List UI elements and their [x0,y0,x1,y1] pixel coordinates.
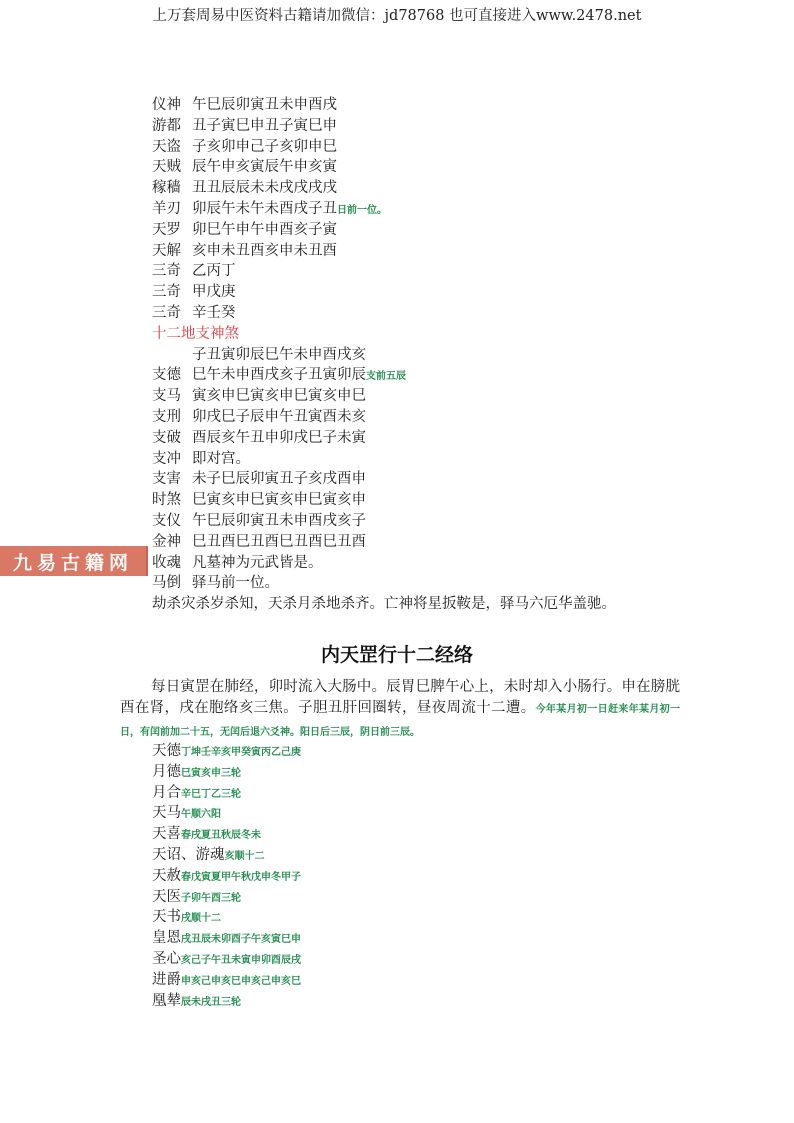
table1: 仪神午巳辰卯寅丑未申酉戌 游都丑子寅巳申丑子寅巳申 天盗子亥卯申己子亥卯申巳 天… [152,95,672,324]
table-row: 时煞巳寅亥申巳寅亥申巳寅亥申 [152,490,672,511]
row-note: 亥顺十二 [225,851,265,862]
row-label: 支马 [152,386,192,407]
row-note: 午顺六阳 [181,809,221,820]
row-value: 寅亥申巳寅亥申巳寅亥申巳 [192,388,366,404]
row-label: 金神 [152,532,192,553]
row-label: 支刑 [152,407,192,428]
table-row: 三奇辛壬癸 [152,303,672,324]
table-row: 天诏、游魂亥顺十二 [152,845,301,866]
row-value: 巳寅亥申巳寅亥申巳寅亥申 [192,492,366,508]
table-row: 天罗卯巳午申午申酉亥子寅 [152,220,672,241]
row-label: 游都 [152,116,192,137]
table-row: 天喜春戌夏丑秋辰冬未 [152,824,301,845]
table-row: 天赦春戊寅夏甲午秋戊申冬甲子 [152,866,301,887]
table-row: 仪神午巳辰卯寅丑未申酉戌 [152,95,672,116]
row-note: 春戌夏丑秋辰冬未 [181,830,261,841]
row-note: 戌顺十二 [181,913,221,924]
table-row: 支破酉辰亥午丑申卯戌巳子未寅 [152,428,672,449]
row-value: 子亥卯申己子亥卯申巳 [192,139,337,155]
row-label: 仪神 [152,95,192,116]
row-value: 亥申未丑酉亥申未丑酉 [192,243,337,259]
row-value: 卯巳午申午申酉亥子寅 [192,222,337,238]
row-label: 天诏、游魂 [152,845,225,866]
row-label: 支德 [152,365,192,386]
table-row: 天德丁坤壬辛亥甲癸寅丙乙己庚 [152,741,301,762]
shensha-content: 仪神午巳辰卯寅丑未申酉戌 游都丑子寅巳申丑子寅巳申 天盗子亥卯申己子亥卯申巳 天… [152,95,672,615]
row-value: 卯戌巳子辰申午丑寅酉未亥 [192,409,366,425]
table-row: 金神巳丑酉巳丑酉巳丑酉巳丑酉 [152,532,672,553]
header-banner: 上万套周易中医资料古籍请加微信：jd78768 也可直接进入www.2478.n… [0,4,794,25]
section-heading: 十二地支神煞 [152,324,672,345]
branch-header-row: 子丑寅卯辰巳午未申酉戌亥 [152,345,672,366]
row-label: 收魂 [152,553,192,574]
table-row: 进爵申亥己申亥巳申亥己申亥巳 [152,970,301,991]
table-row: 天解亥申未丑酉亥申未丑酉 [152,241,672,262]
row-value: 巳午未申酉戌亥子丑寅卯辰 [192,367,366,383]
row-note: 申亥己申亥巳申亥己申亥巳 [181,976,301,987]
row-value: 丑子寅巳申丑子寅巳申 [192,118,337,134]
table-row: 天医子卯午酉三轮 [152,887,301,908]
row-label: 羊刃 [152,199,192,220]
table3: 天德丁坤壬辛亥甲癸寅丙乙己庚 月德巳寅亥申三轮 月合辛巳丁乙三轮 天马午顺六阳 … [152,741,301,1011]
table-row: 支德巳午未申酉戌亥子丑寅卯辰支前五辰 [152,365,672,386]
table-row: 三奇乙丙丁 [152,261,672,282]
row-note: 丁坤壬辛亥甲癸寅丙乙己庚 [181,747,301,758]
row-label: 支害 [152,469,192,490]
row-note: 亥己子午丑未寅申卯酉辰戌 [181,955,301,966]
row-label: 天赦 [152,866,181,887]
row-label: 天盗 [152,137,192,158]
table-row: 支马寅亥申巳寅亥申巳寅亥申巳 [152,386,672,407]
row-label: 支破 [152,428,192,449]
table-row: 羊刃卯辰午未午未酉戌子丑日前一位。 [152,199,672,220]
row-value: 驿马前一位。 [192,575,279,591]
table-row: 马倒驿马前一位。 [152,573,672,594]
row-label: 稼穑 [152,178,192,199]
row-label: 天马 [152,803,181,824]
table-row: 天马午顺六阳 [152,803,301,824]
row-label: 进爵 [152,970,181,991]
row-value: 辰午申亥寅辰午申亥寅 [192,159,337,175]
row-label: 时煞 [152,490,192,511]
row-value: 酉辰亥午丑申卯戌巳子未寅 [192,430,366,446]
row-label: 支冲 [152,449,192,470]
row-value: 午巳辰卯寅丑未申酉戌 [192,97,337,113]
table-row: 支刑卯戌巳子辰申午丑寅酉未亥 [152,407,672,428]
row-value: 乙丙丁 [192,263,236,279]
row-label: 天喜 [152,824,181,845]
row-note: 支前五辰 [366,371,406,382]
table-row: 支害未子巳辰卯寅丑子亥戌酉申 [152,469,672,490]
row-value: 凡墓神为元武皆是。 [192,555,323,571]
row-label: 圣心 [152,949,181,970]
row-label: 三奇 [152,261,192,282]
row-label: 皇恩 [152,928,181,949]
table-row: 支冲即对宫。 [152,449,672,470]
row-note: 春戊寅夏甲午秋戊申冬甲子 [181,872,301,883]
row-note: 日前一位。 [337,205,387,216]
row-label: 天医 [152,887,181,908]
row-value: 卯辰午未午未酉戌子丑 [192,201,337,217]
row-label: 三奇 [152,303,192,324]
watermark-logo: 九易古籍网 [0,546,148,576]
row-value: 未子巳辰卯寅丑子亥戌酉申 [192,471,366,487]
row-note: 戌丑辰未卯酉子午亥寅巳申 [181,934,301,945]
row-label: 天罗 [152,220,192,241]
row-label: 月德 [152,762,181,783]
row-label: 天解 [152,241,192,262]
section-title: 内天罡行十二经络 [0,640,794,667]
row-label: 马倒 [152,573,192,594]
row-label: 支仪 [152,511,192,532]
table-row: 支仪午巳辰卯寅丑未申酉戌亥子 [152,511,672,532]
table-row: 稼穑丑丑辰辰未未戌戌戌戌 [152,178,672,199]
row-value: 甲戊庚 [192,284,236,300]
body-paragraph: 每日寅罡在肺经，卯时流入大肠中。辰胃巳脾午心上，未时却入小肠行。申在膀胱酉在肾，… [120,677,680,743]
table-row: 月合辛巳丁乙三轮 [152,783,301,804]
table-row: 游都丑子寅巳申丑子寅巳申 [152,116,672,137]
table-row: 天贼辰午申亥寅辰午申亥寅 [152,157,672,178]
row-label: 凰辇 [152,991,181,1012]
row-label: 天书 [152,907,181,928]
table-row: 圣心亥己子午丑未寅申卯酉辰戌 [152,949,301,970]
row-value: 丑丑辰辰未未戌戌戌戌 [192,180,337,196]
table2: 支德巳午未申酉戌亥子丑寅卯辰支前五辰 支马寅亥申巳寅亥申巳寅亥申巳 支刑卯戌巳子… [152,365,672,594]
table-row: 天书戌顺十二 [152,907,301,928]
table-row: 天盗子亥卯申己子亥卯申巳 [152,137,672,158]
table-row: 月德巳寅亥申三轮 [152,762,301,783]
verse-line: 劫杀灾杀岁杀知，天杀月杀地杀齐。亡神将星扳鞍是，驿马六厄华盖驰。 [152,594,672,615]
row-note: 子卯午酉三轮 [181,893,241,904]
row-label: 天德 [152,741,181,762]
row-note: 辛巳丁乙三轮 [181,789,241,800]
row-label: 三奇 [152,282,192,303]
row-label: 天贼 [152,157,192,178]
row-value: 辛壬癸 [192,305,236,321]
table-row: 皇恩戌丑辰未卯酉子午亥寅巳申 [152,928,301,949]
row-note: 巳寅亥申三轮 [181,768,241,779]
table-row: 凰辇辰未戌丑三轮 [152,991,301,1012]
row-value: 即对宫。 [192,451,250,467]
table-row: 三奇甲戊庚 [152,282,672,303]
row-value: 午巳辰卯寅丑未申酉戌亥子 [192,513,366,529]
row-value: 巳丑酉巳丑酉巳丑酉巳丑酉 [192,534,366,550]
table-row: 收魂凡墓神为元武皆是。 [152,553,672,574]
row-label: 月合 [152,783,181,804]
row-note: 辰未戌丑三轮 [181,997,241,1008]
